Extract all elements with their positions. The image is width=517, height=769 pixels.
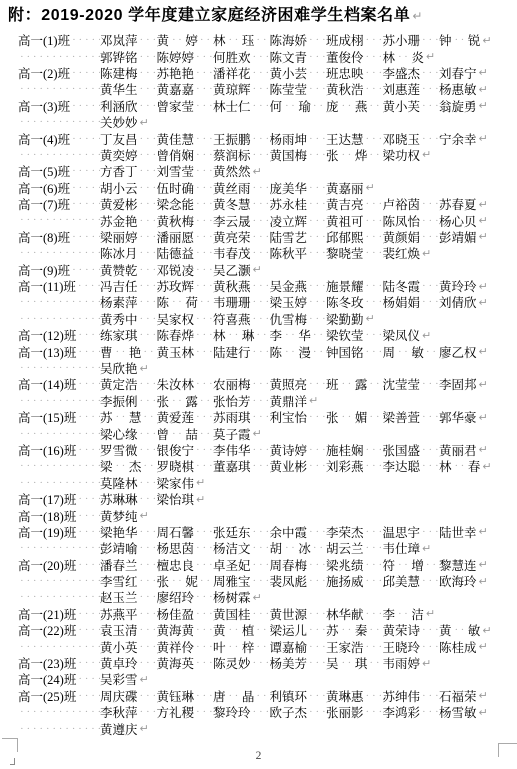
student-name: 杨雨坤························ bbox=[270, 130, 327, 148]
student-name: 符喜燕························ bbox=[213, 310, 270, 328]
student-row: 高一(21)班························苏燕平······… bbox=[18, 606, 517, 622]
student-name: 黄··植························ bbox=[213, 621, 270, 639]
space-dots: ························ bbox=[20, 116, 100, 128]
student-name: 张··媚························ bbox=[326, 408, 383, 426]
student-name-text: 黄遵庆 bbox=[100, 720, 138, 738]
student-row: 高一(7)班························黄爱彬·······… bbox=[18, 196, 517, 212]
class-label: 高一(25)班························ bbox=[18, 687, 100, 705]
space-dots: ························ bbox=[253, 559, 270, 571]
line-break-icon: ↵ bbox=[426, 50, 435, 63]
space-dots: ························ bbox=[196, 444, 213, 456]
student-name: 班忠映························ bbox=[326, 64, 383, 82]
student-name: 朱汝林························ bbox=[157, 375, 214, 393]
line-break-icon: ↵ bbox=[479, 525, 488, 538]
student-name-text: 邓锐凌 bbox=[157, 261, 195, 279]
student-row: 高一(12)班························练家琪······… bbox=[18, 327, 517, 343]
student-name-text: 蔡润标 bbox=[213, 146, 251, 164]
line-break-icon: ↵ bbox=[196, 476, 205, 489]
student-name-text: 吴彩雪 bbox=[100, 670, 138, 688]
student-name: 邓岚萍························ bbox=[100, 31, 157, 49]
student-row: ························莫隆林·············… bbox=[18, 475, 517, 491]
line-break-icon: ↵ bbox=[366, 312, 375, 325]
student-name: 陈冬玫························ bbox=[326, 293, 383, 311]
line-break-icon: ↵ bbox=[479, 558, 488, 571]
student-name-text: 赵玉兰 bbox=[100, 588, 138, 606]
student-name: 吴欣艳↵ bbox=[100, 359, 149, 377]
student-name: 吴金燕························ bbox=[270, 277, 327, 295]
student-name: 陆冬霞························ bbox=[383, 277, 440, 295]
student-name: 王达慧························ bbox=[326, 130, 383, 148]
space-dots: ························ bbox=[256, 641, 269, 653]
space-dots: ························ bbox=[313, 346, 326, 358]
student-name-text: 黄爱莲 bbox=[157, 408, 195, 426]
space-dots: ························ bbox=[253, 280, 270, 292]
student-name: 彭靖喻························ bbox=[100, 539, 157, 557]
line-break-icon: ↵ bbox=[479, 230, 488, 243]
space-dots: ························ bbox=[140, 657, 157, 669]
student-name-text: 黄赞乾 bbox=[100, 261, 138, 279]
line-break-icon: ↵ bbox=[253, 427, 262, 440]
student-name: 张怡芳························ bbox=[213, 392, 270, 410]
student-name: 张··露························ bbox=[157, 392, 214, 410]
row-indent: ························ bbox=[18, 214, 100, 226]
class-label: 高一(19)班························ bbox=[18, 523, 100, 541]
student-name: 杨素萍························ bbox=[100, 293, 157, 311]
line-break-icon: ↵ bbox=[140, 722, 149, 735]
student-name-text: 陈婷婷 bbox=[157, 48, 195, 66]
space-dots: ·· bbox=[229, 624, 241, 636]
class-label: 高一(1)班························ bbox=[18, 31, 100, 49]
space-dots: ························ bbox=[366, 608, 383, 620]
student-name-text: 冰 bbox=[298, 539, 311, 557]
space-dots: ························ bbox=[140, 67, 157, 79]
student-name: 张国盛························ bbox=[383, 441, 440, 459]
space-dots: ························ bbox=[200, 395, 213, 407]
student-name-text: 李盛杰 bbox=[383, 64, 421, 82]
student-name-text: 曾 bbox=[157, 425, 170, 443]
student-name: 苏金艳························ bbox=[100, 212, 157, 230]
student-name: 黄钰琳························ bbox=[157, 687, 214, 705]
student-name: 冯吉任························ bbox=[100, 277, 157, 295]
student-name-text: 丁友昌 bbox=[100, 130, 138, 148]
student-name-text: 珏 bbox=[242, 31, 255, 49]
student-name-text: 杨雪敏 bbox=[439, 703, 477, 721]
student-name: 符··增························ bbox=[383, 556, 440, 574]
student-name-text: 陆建行 bbox=[213, 343, 251, 361]
space-dots: ························ bbox=[309, 83, 326, 95]
student-name: 郭铧铭························ bbox=[100, 48, 157, 66]
student-name: 李固邦↵ bbox=[439, 375, 488, 393]
student-name-text: 杨惠敏 bbox=[439, 80, 477, 98]
student-name: 裴凤彪························ bbox=[270, 572, 327, 590]
student-name-text: 刘雪莹 bbox=[157, 162, 195, 180]
student-name: 卢裕茵························ bbox=[383, 195, 440, 213]
student-name-text: 韦珊珊 bbox=[213, 293, 251, 311]
space-dots: ························ bbox=[253, 83, 270, 95]
student-name-text: 胡 bbox=[270, 539, 283, 557]
student-name: 黄诗婷························ bbox=[270, 441, 327, 459]
space-dots: ························ bbox=[366, 575, 383, 587]
space-dots: ························ bbox=[140, 182, 157, 194]
space-dots: ·· bbox=[398, 346, 410, 358]
space-dots: ························ bbox=[196, 67, 213, 79]
student-name-text: 李荣杰 bbox=[326, 523, 364, 541]
student-name: 梁丽婷························ bbox=[100, 228, 157, 246]
space-dots: ························ bbox=[78, 510, 100, 522]
class-label-text: 高一(11)班 bbox=[18, 277, 76, 295]
space-dots: ························ bbox=[140, 444, 157, 456]
space-dots: ························ bbox=[422, 378, 439, 390]
space-dots: ························ bbox=[196, 378, 213, 390]
space-dots: ························ bbox=[140, 133, 157, 145]
student-name: 韦仕璋↵ bbox=[383, 539, 432, 557]
space-dots: ························ bbox=[20, 51, 100, 63]
student-name: 施景耀························ bbox=[326, 277, 383, 295]
space-dots: ························ bbox=[369, 657, 382, 669]
student-name: 关妙妙↵ bbox=[100, 113, 149, 131]
student-name-text: 苏 bbox=[100, 408, 113, 426]
student-name: 黄国桂························ bbox=[213, 605, 270, 623]
student-name-text: 杰 bbox=[129, 457, 142, 475]
class-label: 高一(13)班························ bbox=[18, 343, 100, 361]
space-dots: ·· bbox=[229, 690, 241, 702]
space-dots: ························ bbox=[78, 526, 100, 538]
student-name: 杨惠敏↵ bbox=[439, 80, 488, 98]
student-name-text: 苏 bbox=[326, 621, 339, 639]
student-name: 陈春烨························ bbox=[157, 326, 214, 344]
space-dots: ························ bbox=[20, 362, 100, 374]
student-name: 黄荣诗························ bbox=[383, 621, 440, 639]
space-dots: ························ bbox=[196, 460, 213, 472]
space-dots: ························ bbox=[20, 296, 100, 308]
space-dots: ························ bbox=[20, 460, 100, 472]
class-label: 高一(12)班························ bbox=[18, 326, 100, 344]
student-name: 吴家权························ bbox=[157, 310, 214, 328]
student-name-text: 林华献 bbox=[326, 605, 364, 623]
student-name-text: 王晓玲 bbox=[383, 638, 421, 656]
line-break-icon: ↵ bbox=[479, 689, 488, 702]
student-name-text: 黄梦纯 bbox=[100, 507, 138, 525]
student-name-text: 余中霞 bbox=[270, 523, 308, 541]
student-name-text: 林士仁 bbox=[213, 97, 251, 115]
student-name-text: 梁念能 bbox=[157, 195, 195, 213]
student-name-text: 周春梅 bbox=[270, 556, 308, 574]
space-dots: ························ bbox=[253, 182, 270, 194]
row-indent: ························ bbox=[18, 723, 100, 735]
space-dots: ························ bbox=[140, 231, 157, 243]
class-group: 高一(21)班························苏燕平······… bbox=[18, 606, 517, 622]
student-name: 黄然然↵ bbox=[213, 162, 262, 180]
student-name-text: 吴金燕 bbox=[270, 277, 308, 295]
student-row: ························黄小英·············… bbox=[18, 638, 517, 654]
space-dots: ·· bbox=[342, 411, 354, 423]
space-dots: ························ bbox=[200, 34, 213, 46]
student-name-text: 黄定浩 bbox=[100, 375, 138, 393]
student-name: 苏··秦························ bbox=[326, 621, 383, 639]
student-name: 梁念能························ bbox=[157, 195, 214, 213]
student-name: 周春梅························ bbox=[270, 556, 327, 574]
student-name-text: 潘祥花 bbox=[213, 64, 251, 82]
student-name-text: 张 bbox=[157, 392, 170, 410]
student-row: 高一(2)班························陈建梅·······… bbox=[18, 65, 517, 81]
student-name-text: 李达聪 bbox=[383, 457, 421, 475]
student-name-text: 黄爱彬 bbox=[100, 195, 138, 213]
student-name-text: 石福荣 bbox=[439, 687, 477, 705]
student-name-text: 陆雪艺 bbox=[270, 228, 308, 246]
student-name: 黄赞乾························ bbox=[100, 261, 157, 279]
student-name-text: 苏玫辉 bbox=[157, 277, 195, 295]
class-label-text: 高一(14)班 bbox=[18, 375, 76, 393]
student-name-text: 杨树霖 bbox=[213, 588, 251, 606]
student-name-text: 黄琼辉 bbox=[213, 80, 251, 98]
student-name: 石福荣↵ bbox=[439, 687, 488, 705]
student-name: 袁玉清························ bbox=[100, 621, 157, 639]
line-break-icon: ↵ bbox=[422, 247, 431, 260]
student-name-text: 黄祖可 bbox=[326, 212, 364, 230]
space-dots: ························ bbox=[369, 624, 382, 636]
space-dots: ························ bbox=[422, 83, 439, 95]
student-name: 翁旋勇↵ bbox=[439, 97, 488, 115]
student-name: 曾家莹························ bbox=[157, 97, 214, 115]
student-name-text: 张怡芳 bbox=[213, 392, 251, 410]
row-indent: ························ bbox=[18, 362, 100, 374]
student-name: 胡··冰························ bbox=[270, 539, 327, 557]
student-name-text: 炎 bbox=[411, 48, 424, 66]
row-indent: ························ bbox=[18, 313, 100, 325]
space-dots: ························ bbox=[366, 559, 383, 571]
student-name: 施桂娴························ bbox=[326, 441, 383, 459]
student-name-text: 苏绅伟 bbox=[383, 687, 421, 705]
student-name-text: 陆冬霞 bbox=[383, 277, 421, 295]
space-dots: ························ bbox=[196, 198, 213, 210]
student-name-text: 董嘉琪 bbox=[213, 457, 251, 475]
space-dots: ·· bbox=[116, 346, 128, 358]
space-dots: ························ bbox=[143, 411, 156, 423]
class-group: 高一(2)班························陈建梅·······… bbox=[18, 65, 517, 98]
student-name: 苏雨琪························ bbox=[213, 408, 270, 426]
student-name-text: 敏 bbox=[468, 621, 481, 639]
space-dots: ························ bbox=[256, 624, 269, 636]
space-dots: ························ bbox=[426, 346, 439, 358]
student-row: 高一(3)班························利涵欣·······… bbox=[18, 98, 517, 114]
class-label: 高一(7)班························ bbox=[18, 195, 100, 213]
space-dots: ························ bbox=[196, 690, 213, 702]
space-dots: ························ bbox=[72, 133, 100, 145]
space-dots: ························ bbox=[309, 690, 326, 702]
space-dots: ························ bbox=[313, 329, 326, 341]
space-dots: ························ bbox=[253, 198, 270, 210]
space-dots: ·· bbox=[172, 34, 184, 46]
space-dots: ························ bbox=[140, 329, 157, 341]
student-name-text: 黄秋梅 bbox=[157, 212, 195, 230]
student-name-text: 黄祥伶 bbox=[157, 638, 195, 656]
student-name-text: 庞 bbox=[326, 97, 339, 115]
student-name-text: 燕 bbox=[355, 97, 368, 115]
space-dots: ························ bbox=[78, 673, 100, 685]
student-name-text: 银俊宁 bbox=[157, 441, 195, 459]
student-name-text: 梁勤勤 bbox=[326, 310, 364, 328]
space-dots: ························ bbox=[20, 395, 100, 407]
space-dots: ························ bbox=[253, 296, 270, 308]
space-dots: ························ bbox=[72, 264, 100, 276]
space-dots: ························ bbox=[196, 165, 213, 177]
student-name: 何··瑜························ bbox=[270, 97, 327, 115]
student-name-text: 黄亮荣 bbox=[213, 228, 251, 246]
student-name-text: 郭铧铭 bbox=[100, 48, 138, 66]
student-name: 黄丽君↵ bbox=[439, 441, 488, 459]
student-name: 刘倩欣↵ bbox=[439, 293, 488, 311]
class-label-text: 高一(18)班 bbox=[18, 507, 76, 525]
space-dots: ························ bbox=[20, 477, 100, 489]
student-name-text: 苏永桂 bbox=[270, 195, 308, 213]
student-name-text: 黄玉林 bbox=[157, 343, 195, 361]
space-dots: ························ bbox=[366, 346, 383, 358]
student-name-text: 班成栩 bbox=[326, 31, 364, 49]
student-name: 罗雪微························ bbox=[100, 441, 157, 459]
student-name: 黄鼎洋↵ bbox=[270, 392, 319, 410]
space-dots: ························ bbox=[140, 51, 157, 63]
space-dots: ························ bbox=[422, 526, 439, 538]
student-name: 林士仁························ bbox=[213, 97, 270, 115]
student-name: 黄海黄························ bbox=[157, 621, 214, 639]
student-name-text: 周雅宝 bbox=[213, 572, 251, 590]
student-name: 杨洁文························ bbox=[213, 539, 270, 557]
student-name-text: 张 bbox=[157, 572, 170, 590]
space-dots: ························ bbox=[196, 608, 213, 620]
student-name: 杨雪敏↵ bbox=[439, 703, 488, 721]
student-name-text: 苏春夏 bbox=[439, 195, 477, 213]
space-dots: ························ bbox=[196, 329, 213, 341]
student-name-text: 钟国铭 bbox=[326, 343, 364, 361]
student-row: ························黄秀中·············… bbox=[18, 311, 517, 327]
student-name: 梁怡琪↵ bbox=[157, 490, 206, 508]
space-dots: ························ bbox=[140, 100, 157, 112]
student-name: 檀忠良························ bbox=[157, 556, 214, 574]
student-row: ························李秋萍·············… bbox=[18, 704, 517, 720]
space-dots: ························ bbox=[426, 559, 439, 571]
student-name-text: 杨雨坤 bbox=[270, 130, 308, 148]
space-dots: ························ bbox=[253, 608, 270, 620]
student-name-text: 慧 bbox=[129, 408, 142, 426]
student-name: 梁功权↵ bbox=[383, 146, 432, 164]
student-name: 黎玲玲························ bbox=[213, 703, 270, 721]
student-name-text: 何 bbox=[270, 97, 283, 115]
student-name-text: 王达慧 bbox=[326, 130, 364, 148]
student-name-text: 吴乙灏 bbox=[213, 261, 251, 279]
space-dots: ························ bbox=[196, 182, 213, 194]
student-name: 王晓玲························ bbox=[383, 638, 440, 656]
student-name: 苏永桂························ bbox=[270, 195, 327, 213]
space-dots: ························ bbox=[309, 67, 326, 79]
student-name-text: 陈 bbox=[270, 343, 283, 361]
student-name: 廖乙权↵ bbox=[439, 343, 488, 361]
student-name-text: 利涵欣 bbox=[100, 97, 138, 115]
student-name-text: 黎慧连 bbox=[439, 556, 477, 574]
space-dots: ························ bbox=[196, 346, 213, 358]
space-dots: ·· bbox=[455, 34, 467, 46]
space-dots: ························ bbox=[143, 460, 156, 472]
student-name-text: 梁 bbox=[100, 457, 113, 475]
student-name-text: 何胜欢 bbox=[213, 48, 251, 66]
student-name-text: 曾家莹 bbox=[157, 97, 195, 115]
student-name-text: 陈灵妙 bbox=[213, 654, 251, 672]
student-name: 梁兆绩························ bbox=[326, 556, 383, 574]
student-row: ························梁··杰············… bbox=[18, 458, 517, 474]
space-dots: ························ bbox=[200, 296, 213, 308]
student-name-text: 黄华生 bbox=[100, 80, 138, 98]
space-dots: ························ bbox=[196, 526, 213, 538]
space-dots: ························ bbox=[140, 198, 157, 210]
student-name: 林··珏························ bbox=[213, 31, 270, 49]
student-name: 陈灵妙························ bbox=[213, 654, 270, 672]
student-name: 王振鹏························ bbox=[213, 130, 270, 148]
space-dots: ························ bbox=[78, 444, 100, 456]
student-name-text: 廖乙权 bbox=[439, 343, 477, 361]
row-indent: ························ bbox=[18, 51, 100, 63]
space-dots: ························ bbox=[78, 657, 100, 669]
space-dots: ························ bbox=[196, 264, 213, 276]
space-dots: ························ bbox=[140, 624, 157, 636]
student-name-text: 刘彩燕 bbox=[326, 457, 364, 475]
space-dots: ························ bbox=[196, 624, 213, 636]
class-label: 高一(2)班························ bbox=[18, 64, 100, 82]
student-name-text: 黄卓玲 bbox=[100, 654, 138, 672]
space-dots: ························ bbox=[78, 559, 100, 571]
student-name: 吴彩雪↵ bbox=[100, 670, 149, 688]
class-group: 高一(22)班························袁玉清······… bbox=[18, 622, 517, 655]
student-name-text: 黄业彬 bbox=[270, 457, 308, 475]
student-name-text: 卢裕茵 bbox=[383, 195, 421, 213]
student-name-text: 艳 bbox=[129, 343, 142, 361]
space-dots: ························ bbox=[309, 444, 326, 456]
student-name: 利涵欣························ bbox=[100, 97, 157, 115]
student-name: 黄颜娟························ bbox=[383, 228, 440, 246]
student-name: 胡云兰························ bbox=[326, 539, 383, 557]
student-name-text: 李振俐 bbox=[100, 392, 138, 410]
student-name-text: 黄 bbox=[213, 621, 226, 639]
student-name-text: 李伟华 bbox=[213, 441, 251, 459]
space-dots: ·· bbox=[172, 428, 184, 440]
space-dots: ························ bbox=[72, 231, 100, 243]
student-name-text: 韦雨婷 bbox=[383, 654, 421, 672]
class-group: 高一(8)班························梁丽婷·······… bbox=[18, 229, 517, 262]
document-page: 附：2019-2020 学年度建立家庭经济困难学生档案名单↵ 高一(1)班···… bbox=[0, 0, 517, 769]
student-row: ························李雪红·············… bbox=[18, 573, 517, 589]
space-dots: ························ bbox=[253, 67, 270, 79]
student-name-text: 张 bbox=[326, 408, 339, 426]
student-name-text: 符 bbox=[383, 556, 396, 574]
line-break-icon: ↵ bbox=[479, 214, 488, 227]
student-name-text: 施景耀 bbox=[326, 277, 364, 295]
student-name: 钟··锐↵ bbox=[439, 31, 492, 49]
space-dots: ························ bbox=[196, 591, 213, 603]
student-name-text: 晶 bbox=[242, 687, 255, 705]
space-dots: ·· bbox=[116, 460, 128, 472]
student-name: 李··洁↵ bbox=[383, 605, 436, 623]
student-name-text: 欧子杰 bbox=[270, 703, 308, 721]
space-dots: ························ bbox=[309, 280, 326, 292]
space-dots: ························ bbox=[200, 575, 213, 587]
student-name: 韦雨婷↵ bbox=[383, 654, 432, 672]
space-dots: ························ bbox=[309, 706, 326, 718]
line-break-icon: ↵ bbox=[479, 443, 488, 456]
space-dots: ························ bbox=[72, 34, 100, 46]
space-dots: ························ bbox=[200, 428, 213, 440]
student-name-text: 黄丽君 bbox=[439, 441, 477, 459]
student-row: ························陈冰月·············… bbox=[18, 245, 517, 261]
student-name: 韦春茂························ bbox=[213, 244, 270, 262]
student-row: ························黄遵庆↵ bbox=[18, 720, 517, 736]
